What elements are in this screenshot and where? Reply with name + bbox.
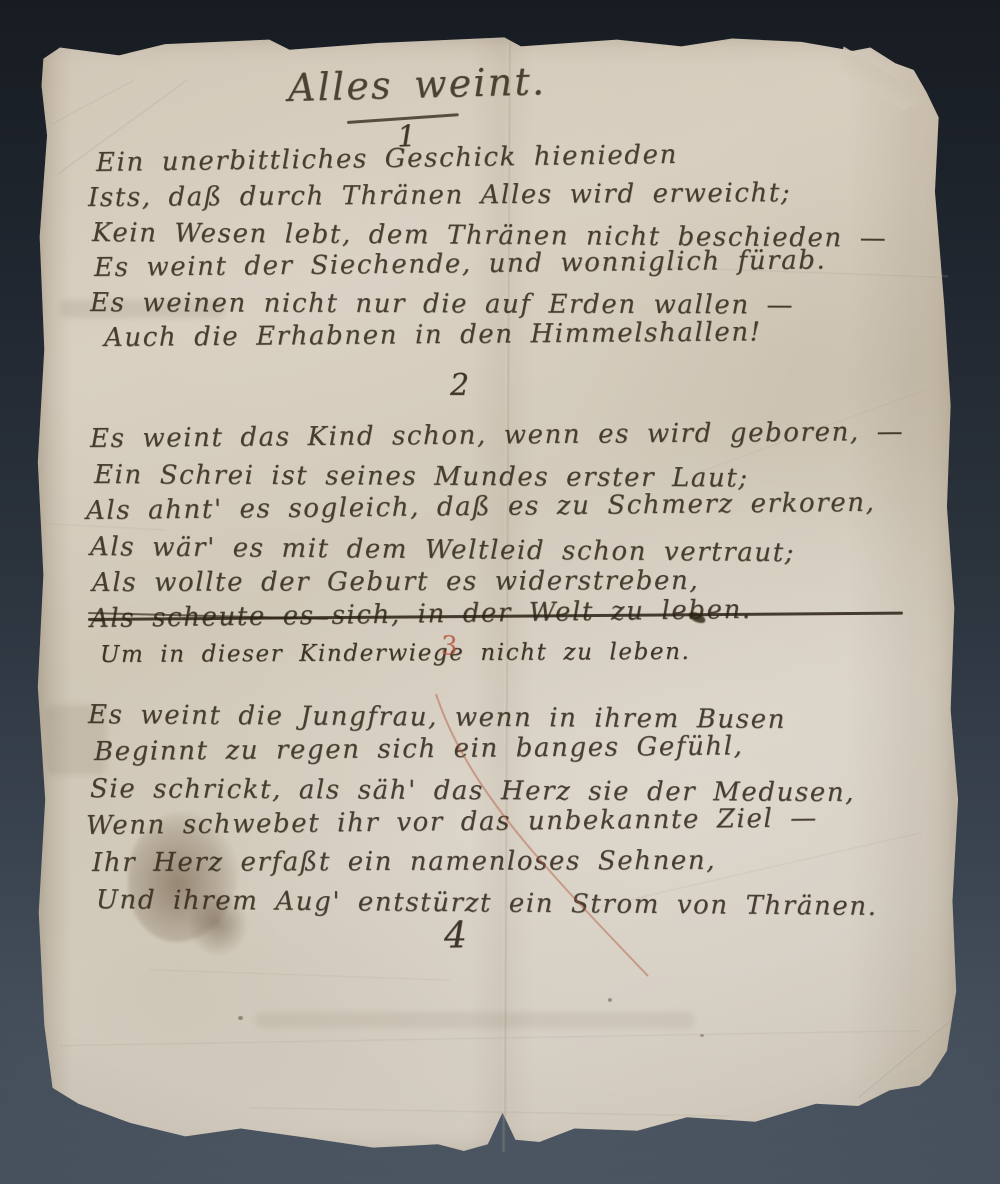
- manuscript-line: Wenn schwebet ihr vor das unbekannte Zie…: [86, 803, 818, 841]
- manuscript-line: Als wollte der Geburt es widerstreben,: [92, 566, 699, 598]
- manuscript-line: Auch die Erhabnen in den Himmelshallen!: [104, 317, 762, 353]
- photo-of-manuscript: Alles weint. 1Ein unerbittliches Geschic…: [0, 0, 1000, 1184]
- manuscript-line: Es weint das Kind schon, wenn es wird ge…: [90, 417, 904, 454]
- manuscript-line: Beginnt zu regen sich ein banges Gefühl,: [94, 731, 744, 767]
- manuscript-line: Es weinen nicht nur die auf Erden wallen…: [90, 288, 794, 320]
- manuscript-line: Es weint der Siechende, und wonniglich f…: [94, 245, 827, 283]
- manuscript-line: Sie schrickt, als säh' das Herz sie der …: [90, 774, 855, 808]
- manuscript-line: Als wär' es mit dem Weltleid schon vertr…: [90, 532, 795, 568]
- manuscript-line: Ein Schrei ist seines Mundes erster Laut…: [94, 460, 749, 493]
- stanza-number-3: 3: [440, 631, 459, 662]
- manuscript-line: Um in dieser Kinderwiege nicht zu leben.: [100, 639, 691, 668]
- stanza-number-4: 4: [444, 916, 469, 957]
- manuscript-line: Ein unerbittliches Geschick hienieden: [96, 140, 678, 178]
- poem-title: Alles weint.: [287, 59, 546, 110]
- manuscript-line: Es weint die Jungfrau, wenn in ihrem Bus…: [88, 700, 786, 735]
- handwriting-layer: Alles weint. 1Ein unerbittliches Geschic…: [0, 0, 1000, 1184]
- manuscript-line: Und ihrem Aug' entstürzt ein Strom von T…: [96, 885, 878, 922]
- manuscript-line: Als ahnt' es sogleich, daß es zu Schmerz…: [86, 488, 876, 526]
- manuscript-line: Ihr Herz erfaßt ein namenloses Sehnen,: [92, 846, 716, 878]
- manuscript-line: Ists, daß durch Thränen Alles wird erwei…: [88, 178, 791, 213]
- stanza-number-2: 2: [450, 368, 471, 403]
